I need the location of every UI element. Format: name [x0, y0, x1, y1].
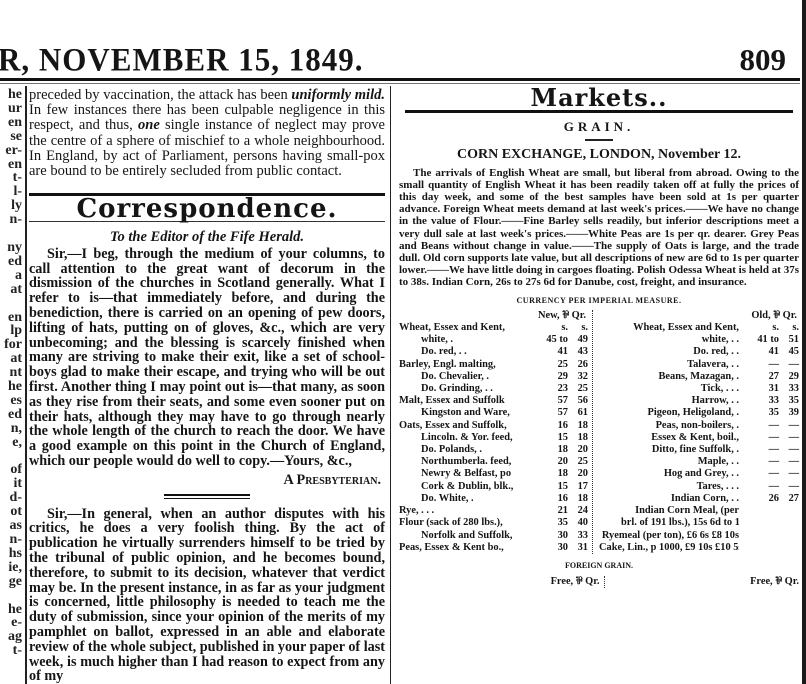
table-header: Old, ⅌ Qr. — [599, 310, 799, 322]
table-row: Hog and Grey, . .—— — [599, 468, 799, 480]
price-low: 31 — [739, 383, 779, 395]
price-low: 16 — [528, 493, 568, 505]
page-number: 809 — [740, 42, 787, 78]
grain-name: Do. Chevalier, . — [399, 371, 528, 383]
grain-name: Do. Polands, . — [399, 444, 528, 456]
gutter-fragment — [0, 227, 22, 241]
gutter-fragment: t- — [0, 171, 22, 185]
price-low: 45 to — [528, 334, 568, 346]
price-high: 24 — [568, 505, 588, 517]
scan-edge — [802, 0, 806, 684]
grain-name: Flour (sack of 280 lbs.), — [399, 517, 528, 529]
price-high: 56 — [568, 395, 588, 407]
price-high: 25 — [568, 383, 588, 395]
foreign-left-header: Free, ⅌ Qr. — [399, 576, 605, 588]
grain-name: Ryemeal (per ton), £6 6s £8 10s — [599, 530, 739, 542]
gutter-fragment: t- — [0, 644, 22, 658]
price-low — [739, 542, 779, 554]
price-low: 25 — [528, 359, 568, 371]
table-row: Essex & Kent, boil.,—— — [599, 432, 799, 444]
grain-name: Harrow, . . — [599, 395, 739, 407]
gutter-fragment: ge — [0, 575, 22, 589]
price-low: 30 — [528, 542, 568, 554]
price-low: 27 — [739, 371, 779, 383]
price-low: 29 — [528, 371, 568, 383]
price-low: s. — [739, 322, 779, 334]
table-row: white, . .41 to51 — [599, 334, 799, 346]
price-high: 27 — [779, 493, 799, 505]
price-low: 35 — [739, 407, 779, 419]
column-divider-left — [25, 86, 27, 684]
price-low: — — [739, 359, 779, 371]
grain-name: Tares, . . . — [599, 481, 739, 493]
grain-name: Do. red, . . — [599, 346, 739, 358]
gutter-fragment: at — [0, 352, 22, 366]
gutter-fragment: l- — [0, 185, 22, 199]
table-row: Ryemeal (per ton), £6 6s £8 10s — [599, 530, 799, 542]
grain-name: Maple, . . — [599, 456, 739, 468]
new-grain-table: New, ⅌ Qr. Wheat, Essex and Kent,s.s.whi… — [399, 310, 593, 554]
letter-body: Sir,—I beg, through the medium of your c… — [29, 247, 385, 469]
grain-name: Indian Corn Meal, (per — [599, 505, 739, 517]
price-high: 26 — [568, 359, 588, 371]
letter-body: Sir,—In general, when an author disputes… — [29, 507, 385, 684]
price-high: 39 — [779, 407, 799, 419]
short-rule — [585, 139, 613, 141]
price-high: 20 — [568, 444, 588, 456]
gutter-fragment — [0, 297, 22, 311]
gutter-fragment: n- — [0, 213, 22, 227]
correspondence-heading: Correspondence. — [29, 202, 385, 217]
price-low: — — [739, 420, 779, 432]
gutter-fragment: hs — [0, 547, 22, 561]
price-low — [739, 517, 779, 529]
grain-name: Essex & Kent, boil., — [599, 432, 739, 444]
price-high: 29 — [779, 371, 799, 383]
gutter-fragment: ie, — [0, 561, 22, 575]
price-high: 35 — [779, 395, 799, 407]
gutter-fragment: en — [0, 311, 22, 325]
price-high: — — [779, 444, 799, 456]
grain-name: white, . . — [599, 334, 739, 346]
price-low: 57 — [528, 407, 568, 419]
table-row: Oats, Essex and Suffolk,1618 — [399, 420, 588, 432]
price-low — [739, 505, 779, 517]
gutter-fragment: ur — [0, 102, 22, 116]
price-low: 15 — [528, 481, 568, 493]
table-row: Peas, non-boilers, .—— — [599, 420, 799, 432]
gutter-fragment: he — [0, 603, 22, 617]
table-row: Maple, . .—— — [599, 456, 799, 468]
table-row: Barley, Engl. malting,2526 — [399, 359, 588, 371]
center-column: preceded by vaccination, the attack has … — [29, 88, 385, 684]
price-high: 20 — [568, 468, 588, 480]
table-row: Harrow, . .3335 — [599, 395, 799, 407]
table-row: Do. red, . .4143 — [399, 346, 588, 358]
grain-name: Norfolk and Suffolk, — [399, 530, 528, 542]
paragraph-text: preceded by vaccination, the attack has … — [29, 87, 291, 103]
price-low: s. — [528, 322, 568, 334]
gutter-fragment: at — [0, 283, 22, 297]
price-low: 41 — [528, 346, 568, 358]
price-high: — — [779, 420, 799, 432]
continued-paragraph: preceded by vaccination, the attack has … — [29, 88, 385, 179]
price-high: 45 — [779, 346, 799, 358]
price-low: 18 — [528, 444, 568, 456]
grain-name: Lincoln. & Yor. feed, — [399, 432, 528, 444]
price-low: — — [739, 468, 779, 480]
gutter-fragment: ly — [0, 199, 22, 213]
price-low: 26 — [739, 493, 779, 505]
price-high: 61 — [568, 407, 588, 419]
grain-name: Do. red, . . — [399, 346, 528, 358]
gutter-fragment: a — [0, 269, 22, 283]
grain-name: Indian Corn, . . — [599, 493, 739, 505]
gutter-fragment: nt — [0, 366, 22, 380]
price-high: 31 — [568, 542, 588, 554]
table-row: Do. Polands, .1820 — [399, 444, 588, 456]
price-high — [779, 530, 799, 542]
gutter-fragment: e- — [0, 616, 22, 630]
table-row: Ditto, fine Suffolk, .—— — [599, 444, 799, 456]
grain-name: Oats, Essex and Suffolk, — [399, 420, 528, 432]
grain-name: Barley, Engl. malting, — [399, 359, 528, 371]
table-row: Peas, Essex & Kent bo.,3031 — [399, 542, 588, 554]
price-high: — — [779, 456, 799, 468]
paragraph-italic: uniformly mild. — [291, 87, 385, 103]
newspaper-page: R, NOVEMBER 15, 1849. 809 heurenseer-ent… — [0, 0, 806, 684]
table-row: Talavera, . .—— — [599, 359, 799, 371]
price-low: 18 — [528, 468, 568, 480]
letter-signature: A Presbyterian. — [29, 473, 385, 488]
price-low: — — [739, 481, 779, 493]
grain-name: brl. of 191 lbs.), 15s 6d to 16s — [599, 517, 739, 529]
table-row: Do. Grinding, . .2325 — [399, 383, 588, 395]
table-row: white, .45 to49 — [399, 334, 588, 346]
price-high: s. — [568, 322, 588, 334]
grain-name: Do. Grinding, . . — [399, 383, 528, 395]
markets-heading: Markets.. — [399, 92, 799, 104]
price-high: 17 — [568, 481, 588, 493]
grain-name: Tick, . . . — [599, 383, 739, 395]
gutter-fragment: he — [0, 380, 22, 394]
price-high — [779, 505, 799, 517]
separator-rule — [164, 498, 250, 499]
table-row: Wheat, Essex and Kent,s.s. — [399, 322, 588, 334]
grain-name: Wheat, Essex and Kent, — [399, 322, 528, 334]
price-low: — — [739, 456, 779, 468]
price-high — [779, 517, 799, 529]
gutter-fragment: n- — [0, 533, 22, 547]
table-row: Newry & Belfast, po1820 — [399, 468, 588, 480]
table-row: Flour (sack of 280 lbs.),3540 — [399, 517, 588, 529]
table-header: New, ⅌ Qr. — [399, 310, 588, 322]
grain-name: Peas, Essex & Kent bo., — [399, 542, 528, 554]
market-report: The arrivals of English Wheat are small,… — [399, 167, 799, 289]
price-high: 18 — [568, 420, 588, 432]
price-high: 33 — [568, 530, 588, 542]
table-row: Pigeon, Heligoland, .3539 — [599, 407, 799, 419]
grain-name: Talavera, . . — [599, 359, 739, 371]
gutter-fragment: es — [0, 394, 22, 408]
grain-name: Ditto, fine Suffolk, . — [599, 444, 739, 456]
table-row: Norfolk and Suffolk,3033 — [399, 530, 588, 542]
header-date: R, NOVEMBER 15, 1849. — [0, 41, 363, 79]
price-low: 41 to — [739, 334, 779, 346]
foreign-table-headers: Free, ⅌ Qr. Free, ⅌ Qr. — [399, 576, 799, 588]
price-high: 18 — [568, 432, 588, 444]
gutter-fragment — [0, 450, 22, 464]
price-high — [779, 542, 799, 554]
letter-salutation: To the Editor of the Fife Herald. — [29, 230, 385, 245]
grain-name: Do. White, . — [399, 493, 528, 505]
price-high: — — [779, 468, 799, 480]
grain-name: Kingston and Ware, — [399, 407, 528, 419]
table-row: Cake, Lin., p 1000, £9 10s £10 5s — [599, 542, 799, 554]
grain-name: Hog and Grey, . . — [599, 468, 739, 480]
price-high: 49 — [568, 334, 588, 346]
table-row: Lincoln. & Yor. feed,1518 — [399, 432, 588, 444]
price-high: 18 — [568, 493, 588, 505]
header-rule — [0, 78, 800, 81]
price-low: 20 — [528, 456, 568, 468]
grain-name: Pigeon, Heligoland, . — [599, 407, 739, 419]
price-low: 23 — [528, 383, 568, 395]
gutter-fragment: of — [0, 463, 22, 477]
paragraph-italic: one — [138, 117, 160, 133]
gutter-fragment: as — [0, 519, 22, 533]
price-low: 33 — [739, 395, 779, 407]
price-low: 41 — [739, 346, 779, 358]
table-row: Northumberla. feed,2025 — [399, 456, 588, 468]
foreign-right-header: Free, ⅌ Qr. — [605, 576, 800, 588]
table-row: Malt, Essex and Suffolk5756 — [399, 395, 588, 407]
price-low: 21 — [528, 505, 568, 517]
price-low: — — [739, 432, 779, 444]
dateline: CORN EXCHANGE, LONDON, November 12. — [399, 149, 799, 161]
gutter-fragment: n, — [0, 422, 22, 436]
table-row: Kingston and Ware,5761 — [399, 407, 588, 419]
gutter-fragment — [0, 589, 22, 603]
price-high: s. — [779, 322, 799, 334]
gutter-fragment: lp — [0, 324, 22, 338]
table-row: Indian Corn, . .2627 — [599, 493, 799, 505]
table-row: Beans, Mazagan, .2729 — [599, 371, 799, 383]
price-low — [739, 530, 779, 542]
gutter-fragment: he — [0, 88, 22, 102]
grain-name: Newry & Belfast, po — [399, 468, 528, 480]
gutter-fragment: en — [0, 116, 22, 130]
separator-rule — [164, 494, 250, 496]
gutter-fragment: se — [0, 130, 22, 144]
grain-name: Peas, non-boilers, . — [599, 420, 739, 432]
gutter-fragment: en — [0, 158, 22, 172]
price-low: — — [739, 444, 779, 456]
price-high: — — [779, 359, 799, 371]
foreign-grain-title: FOREIGN GRAIN. — [399, 560, 799, 572]
price-high: 40 — [568, 517, 588, 529]
markets-column: Markets.. GRAIN. CORN EXCHANGE, LONDON, … — [399, 88, 799, 588]
gutter-fragment: ed — [0, 255, 22, 269]
gutter-fragment: ed — [0, 408, 22, 422]
price-low: 16 — [528, 420, 568, 432]
column-divider-right — [390, 86, 391, 684]
price-high: 51 — [779, 334, 799, 346]
price-high: 25 — [568, 456, 588, 468]
price-low: 30 — [528, 530, 568, 542]
gutter-fragment: ag — [0, 630, 22, 644]
price-high: 32 — [568, 371, 588, 383]
grain-name: Rye, . . . — [399, 505, 528, 517]
grain-heading: GRAIN. — [399, 121, 799, 133]
table-row: Rye, . . .2124 — [399, 505, 588, 517]
currency-tables: New, ⅌ Qr. Wheat, Essex and Kent,s.s.whi… — [399, 310, 799, 554]
table-row: Cork & Dublin, blk.,1517 — [399, 481, 588, 493]
table-row: Do. red, . .4145 — [599, 346, 799, 358]
price-high: — — [779, 432, 799, 444]
gutter-fragment: ot — [0, 505, 22, 519]
grain-name: Cork & Dublin, blk., — [399, 481, 528, 493]
gutter-fragment: d- — [0, 491, 22, 505]
price-low: 57 — [528, 395, 568, 407]
table-row: Tick, . . .3133 — [599, 383, 799, 395]
price-high: 43 — [568, 346, 588, 358]
grain-name: Northumberla. feed, — [399, 456, 528, 468]
table-row: Do. White, .1618 — [399, 493, 588, 505]
header-rule-thin — [0, 83, 800, 84]
grain-name: Beans, Mazagan, . — [599, 371, 739, 383]
grain-name: white, . — [399, 334, 528, 346]
grain-name: Cake, Lin., p 1000, £9 10s £10 5s — [599, 542, 739, 554]
price-low: 15 — [528, 432, 568, 444]
price-high: — — [779, 481, 799, 493]
gutter-fragment: it — [0, 477, 22, 491]
price-high: 33 — [779, 383, 799, 395]
gutter-fragment: e, — [0, 436, 22, 450]
gutter-fragment: ny — [0, 241, 22, 255]
currency-table-title: CURRENCY PER IMPERIAL MEASURE. — [399, 295, 799, 307]
price-low: 35 — [528, 517, 568, 529]
table-row: Indian Corn Meal, (per — [599, 505, 799, 517]
left-column-fragment: heurenseer-ent-l-lyn- nyedaat enlpforatn… — [0, 88, 22, 658]
table-row: Tares, . . .—— — [599, 481, 799, 493]
grain-name: Wheat, Essex and Kent, — [599, 322, 739, 334]
grain-name: Malt, Essex and Suffolk — [399, 395, 528, 407]
gutter-fragment: er- — [0, 144, 22, 158]
old-grain-table: Old, ⅌ Qr. Wheat, Essex and Kent,s.s.whi… — [593, 310, 799, 554]
table-row: Wheat, Essex and Kent,s.s. — [599, 322, 799, 334]
gutter-fragment: for — [0, 338, 22, 352]
table-row: brl. of 191 lbs.), 15s 6d to 16s — [599, 517, 799, 529]
table-row: Do. Chevalier, .2932 — [399, 371, 588, 383]
page-header: R, NOVEMBER 15, 1849. 809 — [0, 30, 800, 78]
